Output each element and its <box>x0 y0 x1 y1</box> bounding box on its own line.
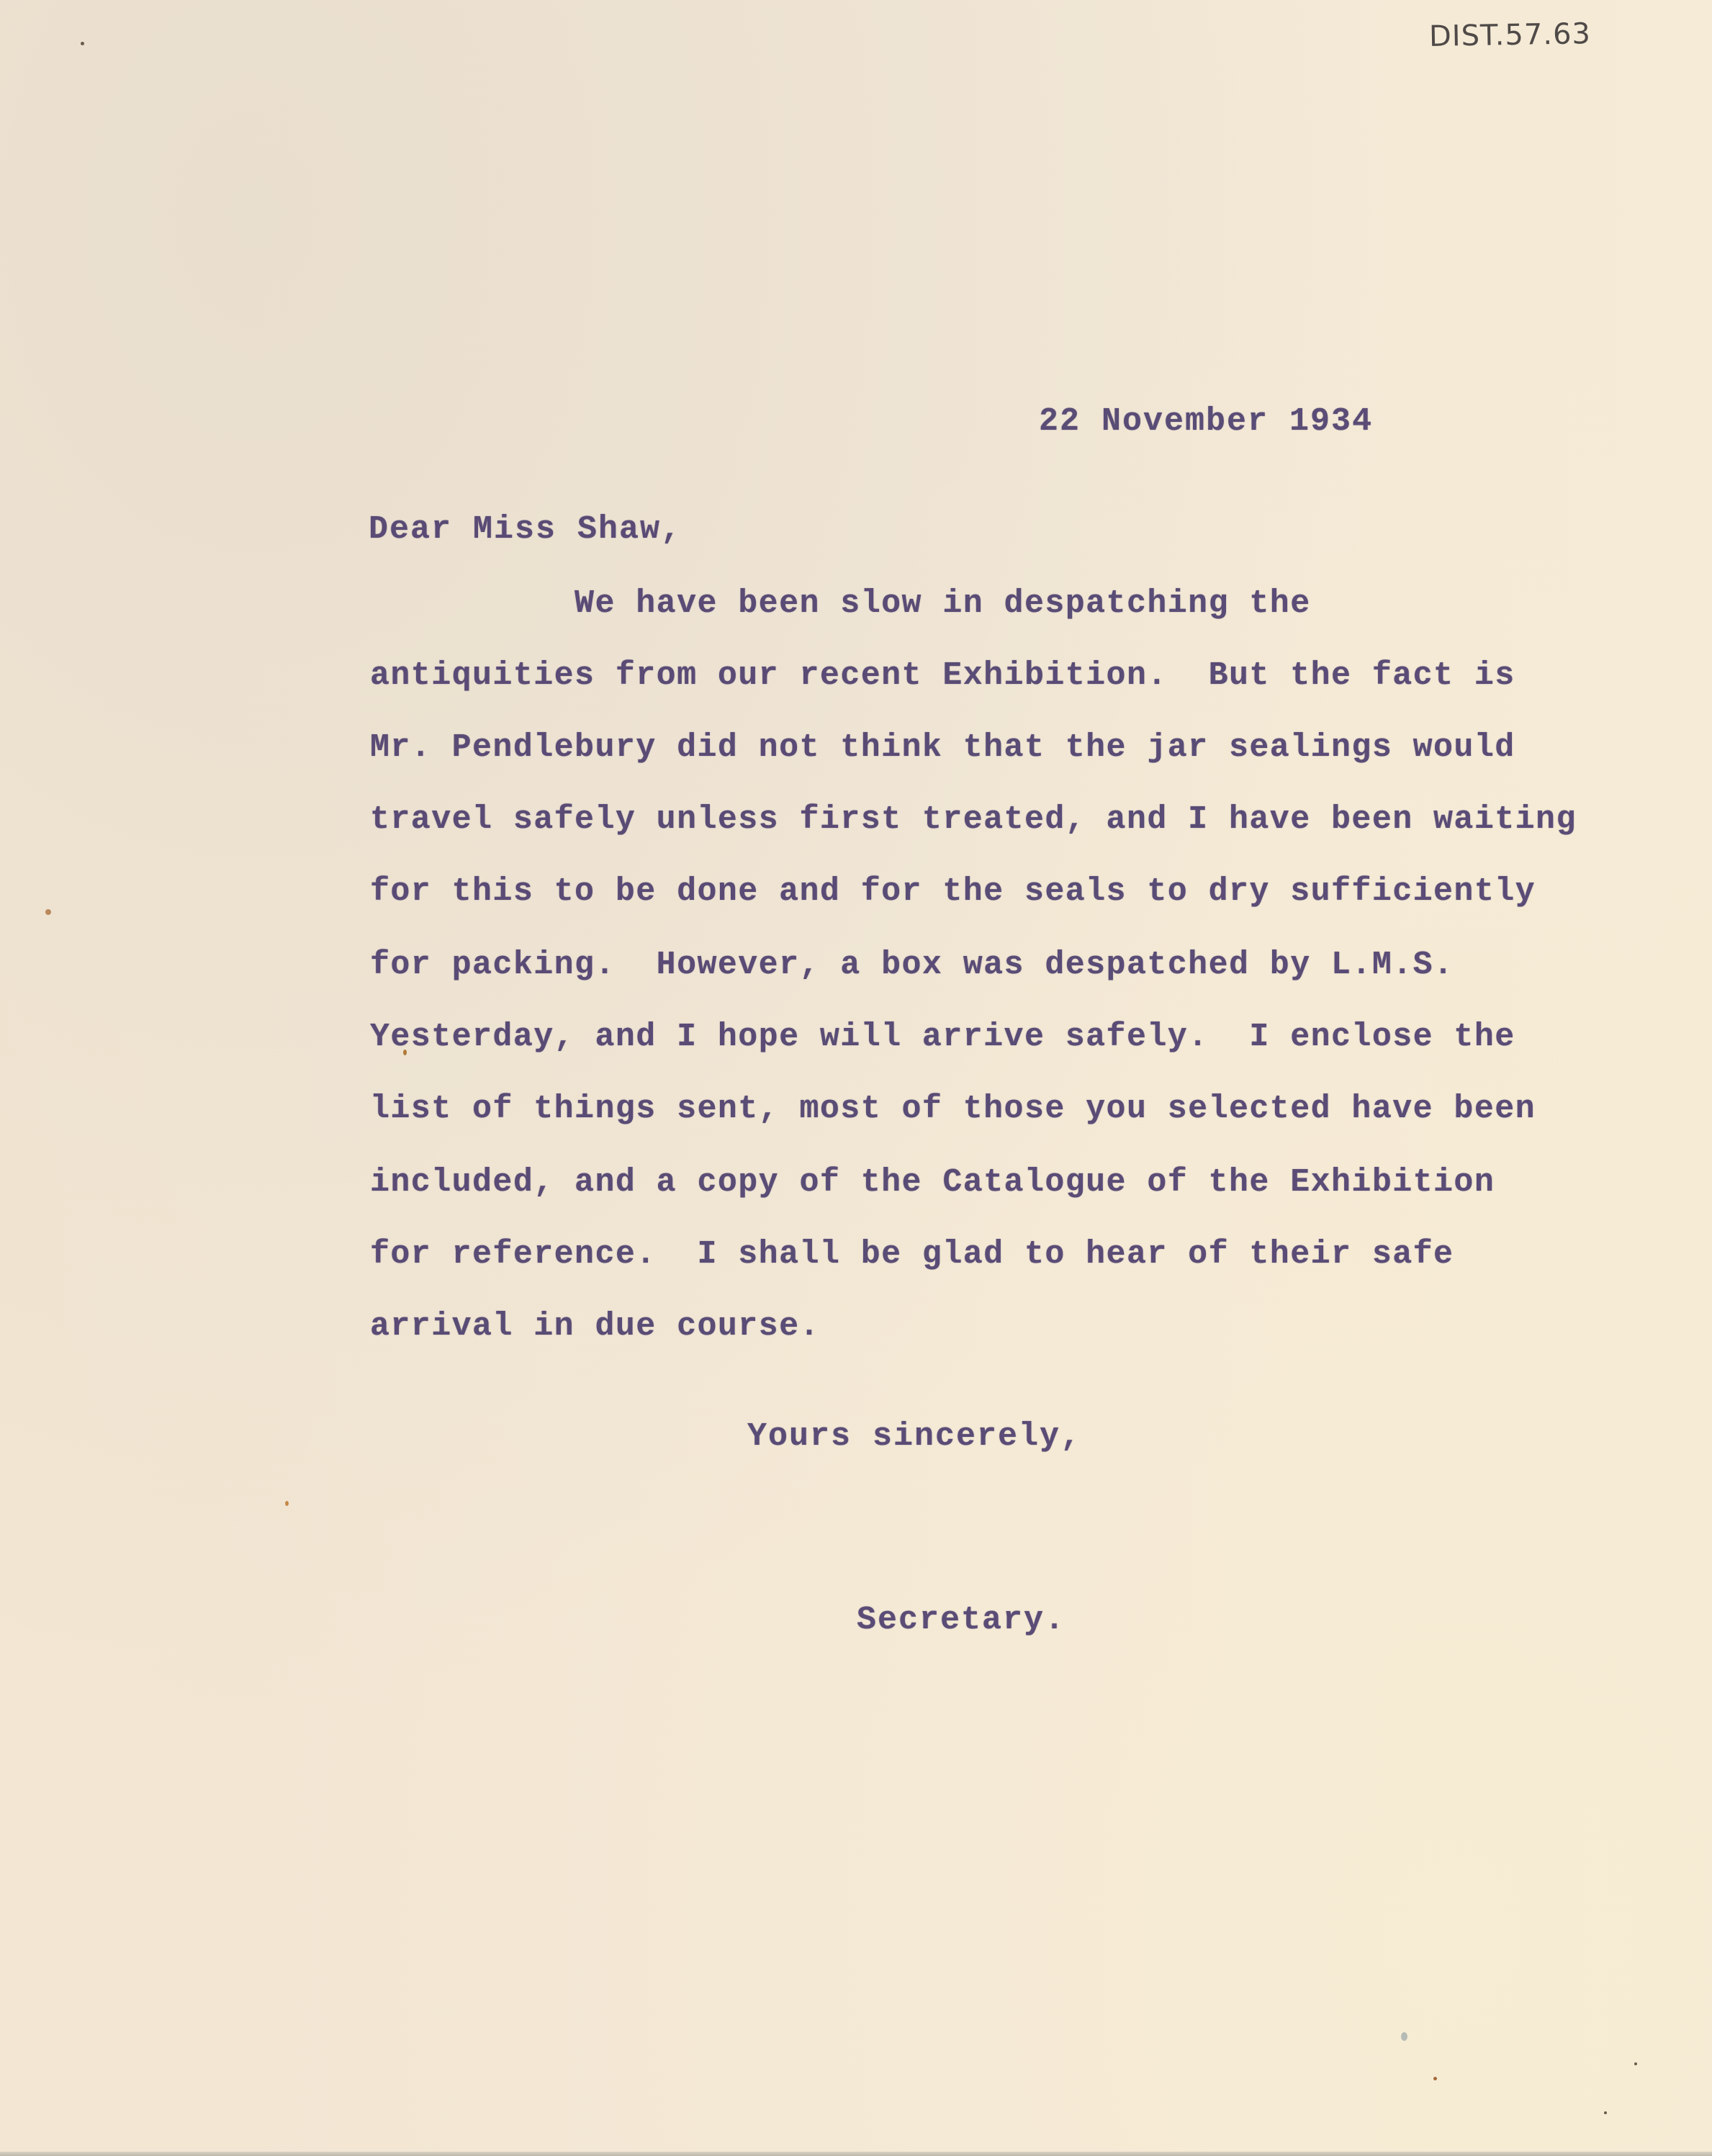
catalogue-number: DIST.57.63 <box>1429 17 1592 53</box>
body-line: travel safely unless first treated, and … <box>370 803 1577 836</box>
body-line: arrival in due course. <box>370 1310 820 1343</box>
paper-speck <box>1433 2077 1437 2080</box>
body-line: for reference. I shall be glad to hear o… <box>370 1238 1454 1271</box>
paper-speck <box>81 42 84 45</box>
body-line: antiquities from our recent Exhibition. … <box>370 659 1515 692</box>
letter-page: DIST.57.63 22 November 1934 Dear Miss Sh… <box>0 0 1712 2156</box>
letter-date: 22 November 1934 <box>1039 405 1373 438</box>
body-line: for this to be done and for the seals to… <box>370 875 1536 908</box>
page-bottom-edge <box>0 2152 1712 2156</box>
body-line: for packing. However, a box was despatch… <box>370 949 1454 981</box>
body-line: Mr. Pendlebury did not think that the ja… <box>370 731 1515 764</box>
salutation: Dear Miss Shaw, <box>369 513 682 546</box>
signature-title: Secretary. <box>857 1604 1066 1636</box>
body-line: list of things sent, most of those you s… <box>370 1093 1536 1125</box>
closing-phrase: Yours sincerely, <box>747 1420 1081 1453</box>
paper-speck <box>403 1050 407 1055</box>
paper-speck <box>1401 2032 1407 2041</box>
paper-speck <box>1604 2111 1607 2114</box>
body-line: We have been slow in despatching the <box>370 587 1311 620</box>
paper-speck <box>1634 2062 1637 2065</box>
body-line: included, and a copy of the Catalogue of… <box>370 1166 1495 1199</box>
paper-speck <box>45 909 51 915</box>
body-line: Yesterday, and I hope will arrive safely… <box>370 1021 1515 1053</box>
paper-speck <box>285 1501 289 1506</box>
